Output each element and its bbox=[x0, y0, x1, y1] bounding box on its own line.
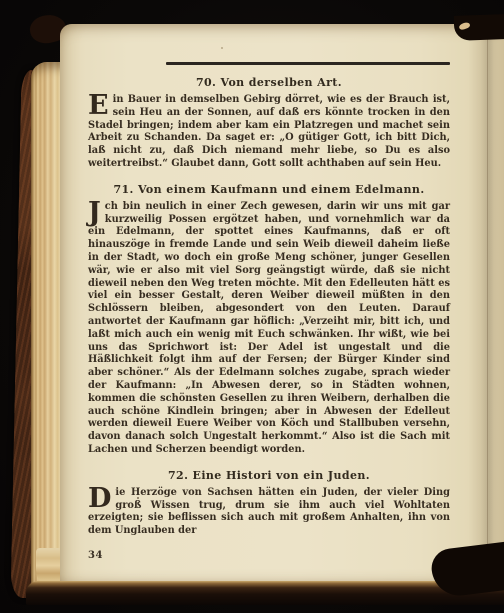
gutter-crease-line bbox=[487, 24, 488, 584]
drop-cap-letter: J bbox=[88, 202, 101, 226]
section-heading: 71. Von einem Kaufmann und einem Edelman… bbox=[88, 183, 450, 196]
story-section-72: 72. Eine Histori von ein Juden. Die Herz… bbox=[88, 469, 450, 538]
page-number: 34 bbox=[88, 550, 450, 561]
book-page: 70. Von derselben Art. Ein Bauer in dems… bbox=[60, 24, 504, 584]
book-photograph: 70. Von derselben Art. Ein Bauer in dems… bbox=[0, 0, 504, 613]
paragraph-text: ie Herzöge von Sachsen hätten ein Juden,… bbox=[88, 487, 450, 536]
gutter-shadow bbox=[468, 24, 504, 584]
bottom-cover-edge bbox=[26, 581, 504, 605]
drop-cap-letter: D bbox=[88, 488, 111, 512]
section-paragraph: Ein Bauer in demselben Gebirg dörret, wi… bbox=[88, 94, 450, 171]
story-section-71: 71. Von einem Kaufmann und einem Edelman… bbox=[88, 183, 450, 457]
paragraph-text: ch bin neulich in einer Zech gewesen, da… bbox=[88, 201, 450, 455]
section-paragraph: Die Herzöge von Sachsen hätten ein Juden… bbox=[88, 487, 450, 538]
paper-speck bbox=[137, 497, 139, 499]
printed-text-block: 70. Von derselben Art. Ein Bauer in dems… bbox=[88, 62, 450, 561]
section-heading: 70. Von derselben Art. bbox=[88, 76, 450, 89]
paragraph-text: in Bauer in demselben Gebirg dörret, wie… bbox=[88, 94, 450, 169]
drop-cap-letter: E bbox=[88, 95, 109, 119]
paper-speck bbox=[221, 47, 223, 49]
story-section-70: 70. Von derselben Art. Ein Bauer in dems… bbox=[88, 76, 450, 171]
section-heading: 72. Eine Histori von ein Juden. bbox=[88, 469, 450, 482]
section-divider-rule bbox=[166, 62, 450, 65]
section-paragraph: Jch bin neulich in einer Zech gewesen, d… bbox=[88, 201, 450, 457]
